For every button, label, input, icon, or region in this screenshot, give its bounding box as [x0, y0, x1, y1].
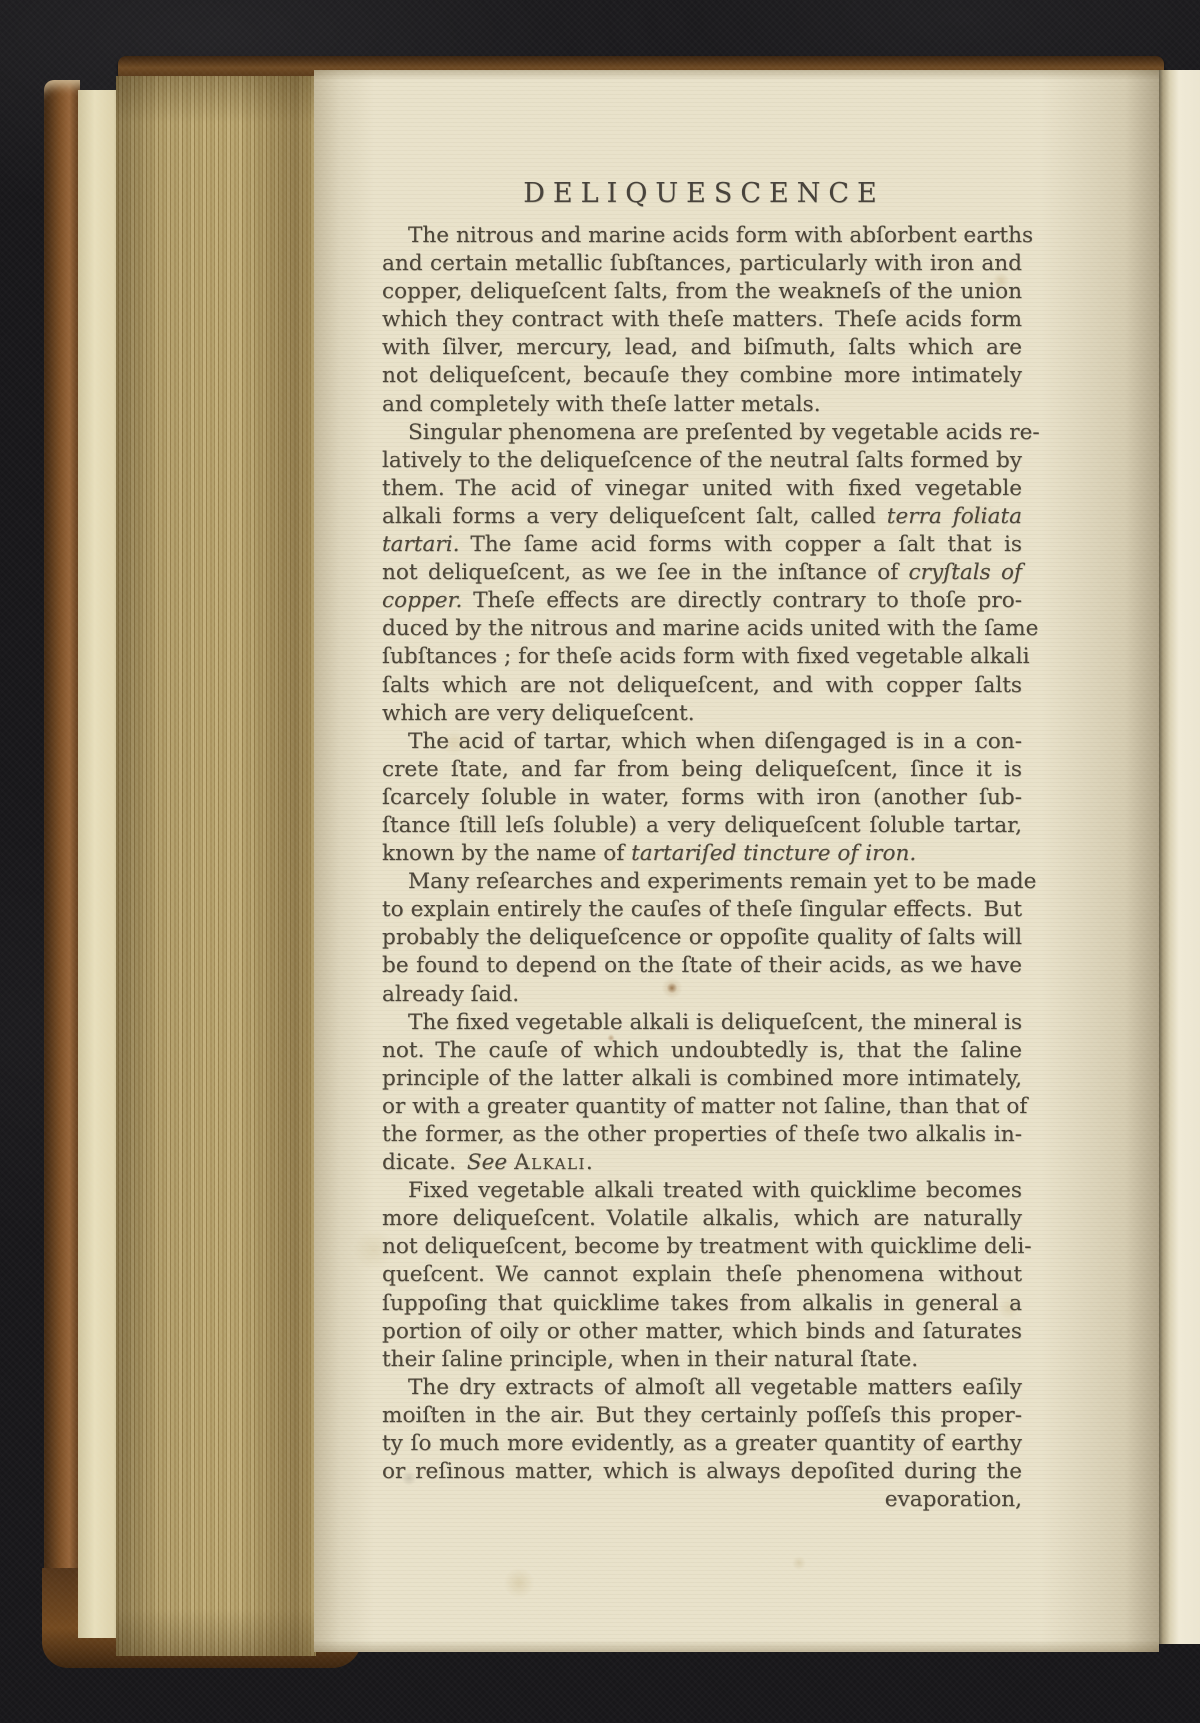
page-surface: DELIQUESCENCE The nitrous and marine aci…: [314, 70, 1159, 1652]
text-line: Singular phenomena are preſented by vege…: [382, 419, 1022, 447]
text-segment: be found to depend on the ſtate of their…: [382, 953, 1022, 978]
text-line: moiſten in the air. But they certainly p…: [382, 1402, 1022, 1430]
text-line: principle of the latter alkali is combin…: [382, 1065, 1022, 1093]
text-segment: ſalts which are not deliqueſcent, and wi…: [382, 673, 1022, 698]
text-line: The nitrous and marine acids form with a…: [382, 222, 1022, 250]
text-segment: not deliqueſcent, as we ſee in the inſta…: [382, 560, 909, 585]
text-segment: known by the name of: [382, 841, 631, 866]
text-line: copper. Theſe effects are directly contr…: [382, 587, 1022, 615]
text-segment: ſtance ſtill leſs ſoluble) a very deliqu…: [382, 813, 1022, 838]
text-segment: ſcarcely ſoluble in water, forms with ir…: [382, 785, 1022, 810]
text-line: crete ſtate, and far from being deliqueſ…: [382, 756, 1022, 784]
text-line: or reſinous matter, which is always depo…: [382, 1458, 1022, 1486]
text-line: with ſilver, mercury, lead, and biſmuth,…: [382, 334, 1022, 362]
text-segment: portion of oily or other matter, which b…: [382, 1319, 1022, 1344]
text-line: ſtance ſtill leſs ſoluble) a very deliqu…: [382, 812, 1022, 840]
text-line: The acid of tartar, which when diſengage…: [382, 728, 1022, 756]
text-line: ſcarcely ſoluble in water, forms with ir…: [382, 784, 1022, 812]
text-segment: latively to the deliqueſcence of the neu…: [382, 448, 1022, 473]
paragraph: Singular phenomena are preſented by vege…: [382, 419, 1022, 728]
text-line: ſalts which are not deliqueſcent, and wi…: [382, 672, 1022, 700]
text-segment: copper, deliqueſcent ſalts, from the wea…: [382, 279, 1022, 304]
text-segment: the former, as the other properties of t…: [382, 1122, 1022, 1147]
text-segment: and certain metallic ſubſtances, particu…: [382, 251, 1022, 276]
text-line: be found to depend on the ſtate of their…: [382, 952, 1022, 980]
italic-text: tartariſed tincture of iron.: [631, 841, 916, 866]
text-segment: with ſilver, mercury, lead, and biſmuth,…: [382, 335, 1022, 360]
text-segment: crete ſtate, and far from being deliqueſ…: [382, 757, 1022, 782]
text-line: ſubſtances ; for theſe acids form with f…: [382, 643, 1022, 671]
text-segment: ſuppoſing that quicklime takes from alka…: [382, 1291, 1022, 1316]
italic-text: See: [467, 1150, 507, 1175]
text-segment: or reſinous matter, which is always depo…: [382, 1459, 1022, 1484]
text-segment: which are very deliqueſcent.: [382, 701, 695, 726]
text-segment: and completely with theſe latter metals.: [382, 392, 821, 417]
text-segment: already ſaid.: [382, 982, 519, 1007]
text-segment: The fixed vegetable alkali is deliqueſce…: [408, 1010, 1022, 1035]
body-text: The nitrous and marine acids form with a…: [382, 222, 1022, 1486]
text-line: duced by the nitrous and marine acids un…: [382, 615, 1022, 643]
text-segment: Singular phenomena are preſented by vege…: [408, 420, 1040, 445]
text-segment: principle of the latter alkali is combin…: [382, 1066, 1022, 1091]
text-line: or with a greater quantity of matter not…: [382, 1093, 1022, 1121]
text-line: already ſaid.: [382, 981, 1022, 1009]
text-segment: ſubſtances ; for theſe acids form with f…: [382, 644, 1030, 669]
page-text-block: DELIQUESCENCE The nitrous and marine aci…: [382, 178, 1022, 1514]
text-line: and completely with theſe latter metals.: [382, 391, 1022, 419]
paragraph: Fixed vegetable alkali treated with quic…: [382, 1177, 1022, 1374]
text-segment: Theſe effects are directly contrary to t…: [462, 588, 1022, 613]
text-line: not deliqueſcent, as we ſee in the inſta…: [382, 559, 1022, 587]
text-segment: which they contract with theſe matters. …: [382, 307, 1022, 332]
text-line: alkali forms a very deliqueſcent ſalt, c…: [382, 503, 1022, 531]
text-line: them. The acid of vinegar united with fi…: [382, 475, 1022, 503]
flyleaf-edge: [78, 90, 120, 1638]
text-segment: Fixed vegetable alkali treated with quic…: [408, 1178, 1022, 1203]
text-segment: to explain entirely the cauſes of theſe …: [382, 897, 1022, 922]
italic-text: copper.: [382, 588, 462, 613]
paragraph: The nitrous and marine acids form with a…: [382, 222, 1022, 419]
text-line: not. The cauſe of which undoubtedly is, …: [382, 1037, 1022, 1065]
text-segment: or with a greater quantity of matter not…: [382, 1094, 1027, 1119]
text-line: The dry extracts of almoſt all vegetable…: [382, 1374, 1022, 1402]
text-line: Many reſearches and experiments remain y…: [382, 868, 1022, 896]
page-heading: DELIQUESCENCE: [386, 178, 1022, 210]
text-line: the former, as the other properties of t…: [382, 1121, 1022, 1149]
text-segment: their ſaline principle, when in their na…: [382, 1347, 918, 1372]
photograph-background: DELIQUESCENCE The nitrous and marine aci…: [0, 0, 1200, 1723]
text-segment: probably the deliqueſcence or oppoſite q…: [382, 925, 1022, 950]
text-line: which they contract with theſe matters. …: [382, 306, 1022, 334]
text-line: known by the name of tartariſed tincture…: [382, 840, 1022, 868]
text-segment: ty ſo much more evidently, as a greater …: [382, 1431, 1022, 1456]
catchword: evaporation,: [885, 1487, 1022, 1512]
text-segment: The ſame acid forms with copper a ſalt t…: [460, 532, 1022, 557]
text-line: their ſaline principle, when in their na…: [382, 1346, 1022, 1374]
text-line: which are very deliqueſcent.: [382, 700, 1022, 728]
text-line: latively to the deliqueſcence of the neu…: [382, 447, 1022, 475]
paragraph: Many reſearches and experiments remain y…: [382, 868, 1022, 1008]
text-segment: queſcent. We cannot explain theſe phenom…: [382, 1262, 1022, 1287]
text-line: not deliqueſcent, become by treatment wi…: [382, 1233, 1022, 1261]
text-line: not deliqueſcent, becauſe they combine m…: [382, 362, 1022, 390]
text-line: tartari. The ſame acid forms with copper…: [382, 531, 1022, 559]
text-line: copper, deliqueſcent ſalts, from the wea…: [382, 278, 1022, 306]
text-line: more deliqueſcent. Volatile alkalis, whi…: [382, 1205, 1022, 1233]
italic-text: tartari.: [382, 532, 460, 557]
text-segment: The acid of tartar, which when diſengage…: [408, 729, 1022, 754]
text-line: probably the deliqueſcence or oppoſite q…: [382, 924, 1022, 952]
catchword-line: evaporation,: [382, 1486, 1022, 1514]
text-segment: Many reſearches and experiments remain y…: [408, 869, 1036, 894]
text-line: ſuppoſing that quicklime takes from alka…: [382, 1290, 1022, 1318]
text-line: The fixed vegetable alkali is deliqueſce…: [382, 1009, 1022, 1037]
text-line: dicate. See Alkali.: [382, 1149, 1022, 1177]
text-segment: not deliqueſcent, become by treatment wi…: [382, 1234, 1032, 1259]
text-segment: The dry extracts of almoſt all vegetable…: [408, 1375, 1022, 1400]
text-segment: not. The cauſe of which undoubtedly is, …: [382, 1038, 1022, 1063]
italic-text: terra foliata: [887, 504, 1022, 529]
book-spine: [44, 80, 80, 1658]
text-line: ty ſo much more evidently, as a greater …: [382, 1430, 1022, 1458]
facing-page-sliver: [1159, 70, 1200, 1644]
text-segment: alkali forms a very deliqueſcent ſalt, c…: [382, 504, 887, 529]
text-segment: more deliqueſcent. Volatile alkalis, whi…: [382, 1206, 1022, 1231]
text-line: to explain entirely the cauſes of theſe …: [382, 896, 1022, 924]
text-segment: dicate.: [382, 1150, 467, 1175]
text-line: Fixed vegetable alkali treated with quic…: [382, 1177, 1022, 1205]
text-line: and certain metallic ſubſtances, particu…: [382, 250, 1022, 278]
text-segment: moiſten in the air. But they certainly p…: [382, 1403, 1022, 1428]
text-segment: The nitrous and marine acids form with a…: [408, 223, 1033, 248]
text-segment: them. The acid of vinegar united with fi…: [382, 476, 1022, 501]
paragraph: The dry extracts of almoſt all vegetable…: [382, 1374, 1022, 1486]
paragraph: The acid of tartar, which when diſengage…: [382, 728, 1022, 868]
italic-text: cryſtals of: [909, 560, 1022, 585]
smallcaps-text: Alkali.: [514, 1150, 594, 1175]
fore-edge-pages: [116, 76, 316, 1656]
text-segment: duced by the nitrous and marine acids un…: [382, 616, 1038, 641]
paragraph: The fixed vegetable alkali is deliqueſce…: [382, 1009, 1022, 1178]
text-line: portion of oily or other matter, which b…: [382, 1318, 1022, 1346]
text-segment: not deliqueſcent, becauſe they combine m…: [382, 363, 1022, 388]
text-line: queſcent. We cannot explain theſe phenom…: [382, 1261, 1022, 1289]
